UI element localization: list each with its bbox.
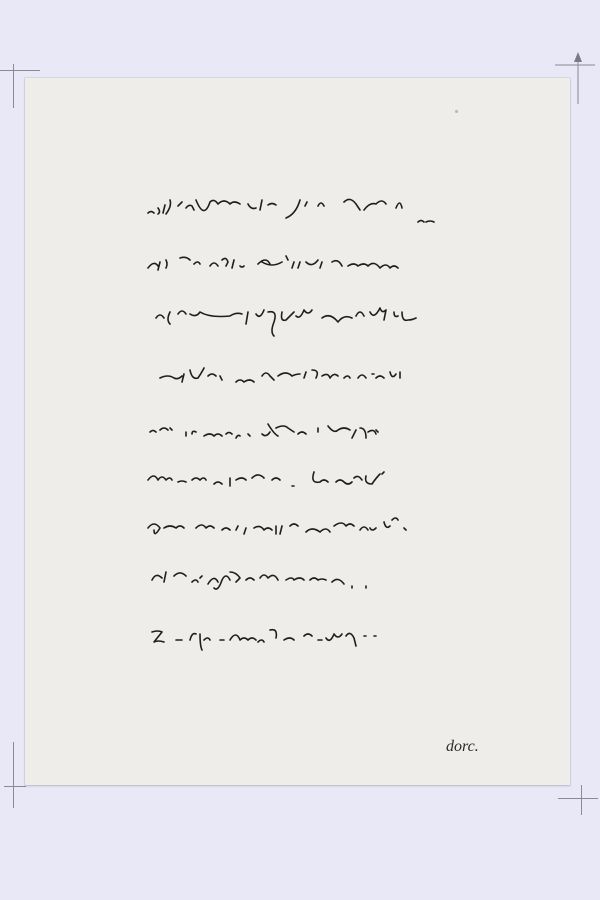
handwriting-line-6 xyxy=(148,472,384,486)
artist-signature: dorc. xyxy=(446,738,479,756)
handwriting-line-8 xyxy=(152,572,366,589)
handwriting-line-7 xyxy=(148,518,406,534)
handwriting-line-5 xyxy=(150,424,378,438)
handwriting-line-3 xyxy=(156,308,416,336)
handwriting-line-2 xyxy=(148,256,398,270)
asemic-handwriting xyxy=(0,0,600,900)
handwriting-line-4 xyxy=(160,368,400,382)
handwriting-line-1 xyxy=(148,199,434,222)
handwriting-line-9 xyxy=(152,630,376,650)
